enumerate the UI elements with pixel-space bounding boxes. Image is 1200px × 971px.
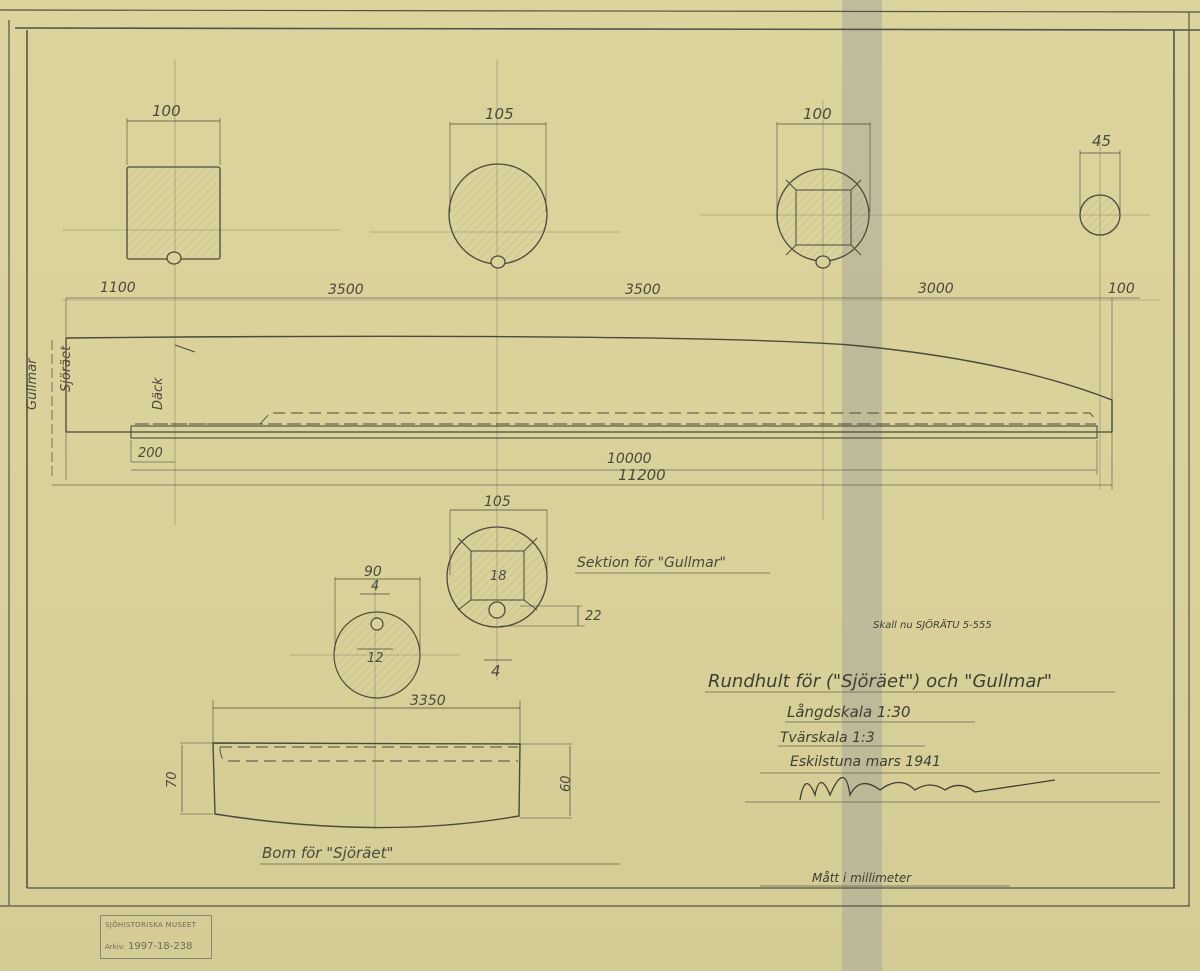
dim-section-4: 45: [1092, 134, 1111, 149]
units-note: Mått i millimeter: [812, 872, 911, 884]
stamp-archive-number: 1997-18-238: [128, 941, 192, 952]
stamp-archive-label: Arkiv:: [105, 943, 125, 951]
segment-dimension-line: [66, 298, 1140, 490]
dim-segment-5: 100: [1108, 282, 1135, 296]
scale-cross: Tvärskala 1:3: [780, 731, 875, 745]
dim-boom-slot-top: 4: [371, 580, 379, 593]
label-dack: Däck: [152, 377, 165, 410]
dim-gullmar-diameter: 105: [484, 495, 511, 509]
dim-boom-diameter: 90: [364, 565, 382, 579]
dim-segment-4: 3000: [918, 282, 954, 296]
section-circle: [449, 122, 547, 268]
drawing-sheet: 100 105 100 45 1100 3500 3500 3000 100 2…: [0, 0, 1200, 971]
dim-inner-length: 10000: [607, 452, 652, 466]
scale-long: Långdskala 1:30: [787, 705, 911, 720]
tape-stripe: [842, 0, 882, 971]
dim-boom-height-left: 70: [166, 771, 179, 788]
gullmar-section: [447, 510, 585, 660]
dim-segment-1: 1100: [100, 281, 136, 295]
label-gullmar-side: Gullmar: [26, 358, 39, 410]
stamp-museum: SJÖHISTORISKA MUSEET: [105, 921, 196, 929]
signature-scrawl: [800, 778, 1055, 801]
dim-section-2: 105: [485, 107, 514, 122]
note-top: Skall nu SJÖRÄTU 5-555: [873, 621, 992, 631]
length-dimension-lines: [52, 440, 1112, 485]
sheet-border: [0, 10, 1200, 906]
dim-offset: 200: [138, 447, 163, 460]
dim-gullmar-groove-width: 18: [490, 570, 507, 583]
dim-segment-2: 3500: [328, 283, 364, 297]
dim-segment-3: 3500: [625, 283, 661, 297]
dim-total-length: 11200: [618, 468, 666, 483]
spar-profile: [52, 336, 1112, 480]
dim-gullmar-slot: 4: [491, 664, 501, 679]
boom-label: Bom för "Sjöräet": [262, 846, 393, 861]
boom-section: [334, 577, 420, 698]
drawing-title: Rundhult för ("Sjöräet") och "Gullmar": [708, 673, 1052, 691]
label-sjoraet-side: Sjöräet: [60, 346, 73, 392]
boom-profile: [180, 700, 572, 828]
stamp-archive: Arkiv: 1997-18-238: [105, 941, 192, 952]
dim-section-1: 100: [152, 104, 181, 119]
section-square: [127, 118, 220, 264]
section-label: Sektion för "Gullmar": [577, 556, 726, 570]
construction-lines: [62, 60, 1160, 830]
dim-boom-length: 3350: [410, 694, 446, 708]
dim-boom-groove: 12: [367, 652, 384, 665]
dim-gullmar-groove-depth: 22: [585, 610, 602, 623]
technical-drawing: [0, 0, 1200, 971]
archive-stamp: SJÖHISTORISKA MUSEET Arkiv: 1997-18-238: [100, 915, 212, 959]
dim-boom-height-right: 60: [560, 775, 573, 792]
dim-section-3: 100: [803, 107, 832, 122]
place-date: Eskilstuna mars 1941: [790, 755, 941, 769]
